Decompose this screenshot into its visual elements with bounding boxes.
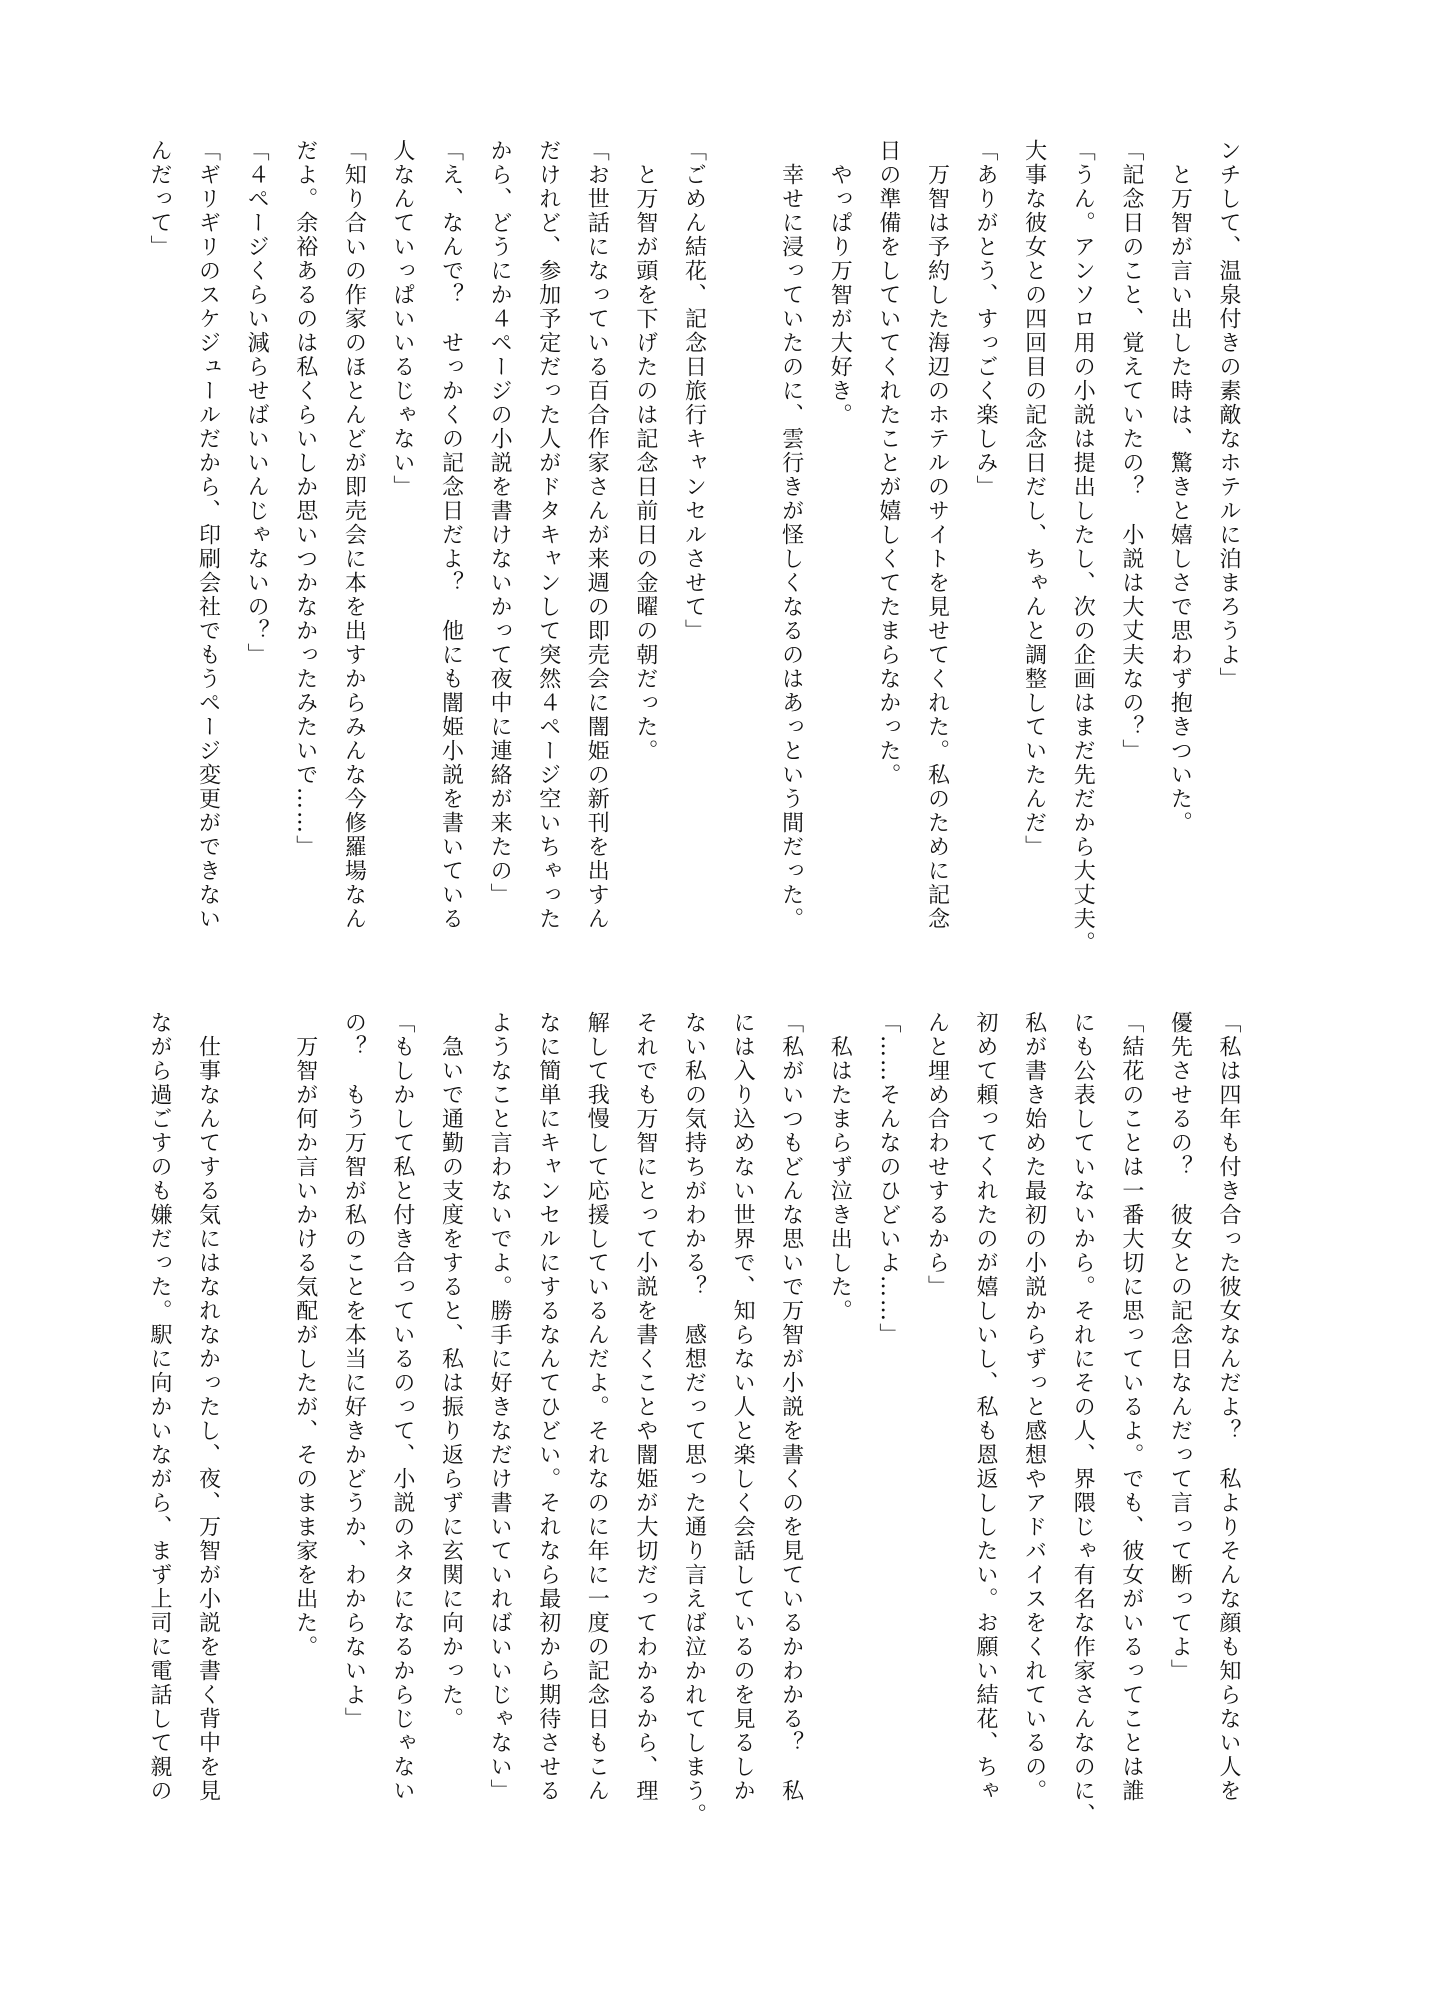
text-column: と万智が頭を下げたのは記念日前日の金曜の朝だった。 [620, 139, 669, 984]
text-column: 人なんていっぱいいるじゃない」 [377, 139, 426, 984]
text-column: 大事な彼女との四回目の記念日だし、ちゃんと調整していたんだ」 [1009, 139, 1058, 984]
text-column: 万智は予約した海辺のホテルのサイトを見せてくれた。私のために記念 [912, 139, 961, 984]
text-column: 初めて頼ってくれたのが嬉しいし、私も恩返ししたい。お願い結花、ちゃ [960, 1011, 1009, 1856]
text-column: 日の準備をしていてくれたことが嬉しくてたまらなかった。 [863, 139, 912, 984]
novel-page-bottom-block: 「私は四年も付き合った彼女なんだよ？ 私よりそんな顔も知らない人を優先させるの？… [134, 1011, 1252, 1856]
text-column: 急いで通勤の支度をすると、私は振り返らずに玄関に向かった。 [426, 1011, 475, 1856]
text-column: 「ギリギリのスケジュールだから、印刷会社でもうページ変更ができない [183, 139, 232, 984]
text-column: 「結花のことは一番大切に思っているよ。でも、彼女がいるってことは誰 [1106, 1011, 1155, 1856]
text-column: ながら過ごすのも嫌だった。駅に向かいながら、まず上司に電話して親の [134, 1011, 183, 1856]
text-column: んと埋め合わせするから」 [912, 1011, 961, 1856]
novel-page-top-block: ンチして、温泉付きの素敵なホテルに泊まろうよ」 と万智が言い出した時は、驚きと嬉… [134, 139, 1252, 984]
text-column: の？ もう万智が私のことを本当に好きかどうか、わからないよ」 [329, 1011, 378, 1856]
text-column: だけれど、参加予定だった人がドタキャンして突然４ページ空いちゃった [523, 139, 572, 984]
text-column: んだって」 [134, 139, 183, 984]
text-column: だよ。余裕あるのは私くらいしか思いつかなかったみたいで……」 [280, 139, 329, 984]
text-column: 「お世話になっている百合作家さんが来週の即売会に闇姫の新刊を出すん [572, 139, 621, 984]
text-column: それでも万智にとって小説を書くことや闇姫が大切だってわかるから、理 [620, 1011, 669, 1856]
text-column: 「私がいつもどんな思いで万智が小説を書くのを見ているかわかる？ 私 [766, 1011, 815, 1856]
text-column: 「知り合いの作家のほとんどが即売会に本を出すからみんな今修羅場なん [329, 139, 378, 984]
text-column: なに簡単にキャンセルにするなんてひどい。それなら最初から期待させる [523, 1011, 572, 1856]
text-column: 私はたまらず泣き出した。 [815, 1011, 864, 1856]
text-column: 「うん。アンソロ用の小説は提出したし、次の企画はまだ先だから大丈夫。 [1058, 139, 1107, 984]
text-column: 「え、なんで？ せっかくの記念日だよ？ 他にも闇姫小説を書いている [426, 139, 475, 984]
text-column: と万智が言い出した時は、驚きと嬉しさで思わず抱きついた。 [1155, 139, 1204, 984]
text-column: 万智が何か言いかける気配がしたが、そのまま家を出た。 [280, 1011, 329, 1856]
text-column: 仕事なんてする気にはなれなかったし、夜、万智が小説を書く背中を見 [183, 1011, 232, 1856]
text-column: 「記念日のこと、覚えていたの？ 小説は大丈夫なの？」 [1106, 139, 1155, 984]
text-column: ンチして、温泉付きの素敵なホテルに泊まろうよ」 [1203, 139, 1252, 984]
text-column: 「……そんなのひどいよ……」 [863, 1011, 912, 1856]
text-column: ない私の気持ちがわかる？ 感想だって思った通り言えば泣かれてしまう。 [669, 1011, 718, 1856]
text-column: にも公表していないから。それにその人、界隈じゃ有名な作家さんなのに、 [1058, 1011, 1107, 1856]
text-column: 優先させるの？ 彼女との記念日なんだって言って断ってよ」 [1155, 1011, 1204, 1856]
text-column: 私が書き始めた最初の小説からずっと感想やアドバイスをくれているの。 [1009, 1011, 1058, 1856]
text-column: 「もしかして私と付き合っているのって、小説のネタになるからじゃない [377, 1011, 426, 1856]
text-column: 幸せに浸っていたのに、雲行きが怪しくなるのはあっという間だった。 [766, 139, 815, 984]
text-column: ようなこと言わないでよ。勝手に好きなだけ書いていればいいじゃない」 [475, 1011, 524, 1856]
blank-separator-column [232, 1011, 281, 1856]
text-column: 「ありがとう、すっごく楽しみ」 [960, 139, 1009, 984]
text-column: 「４ページくらい減らせばいいんじゃないの？」 [232, 139, 281, 984]
text-column: 「私は四年も付き合った彼女なんだよ？ 私よりそんな顔も知らない人を [1203, 1011, 1252, 1856]
text-column: やっぱり万智が大好き。 [815, 139, 864, 984]
text-column: 「ごめん結花、記念日旅行キャンセルさせて」 [669, 139, 718, 984]
text-column: 解して我慢して応援しているんだよ。それなのに年に一度の記念日もこん [572, 1011, 621, 1856]
blank-separator-column [717, 139, 766, 984]
text-column: から、どうにか４ページの小説を書けないかって夜中に連絡が来たの」 [475, 139, 524, 984]
text-column: には入り込めない世界で、知らない人と楽しく会話しているのを見るしか [717, 1011, 766, 1856]
